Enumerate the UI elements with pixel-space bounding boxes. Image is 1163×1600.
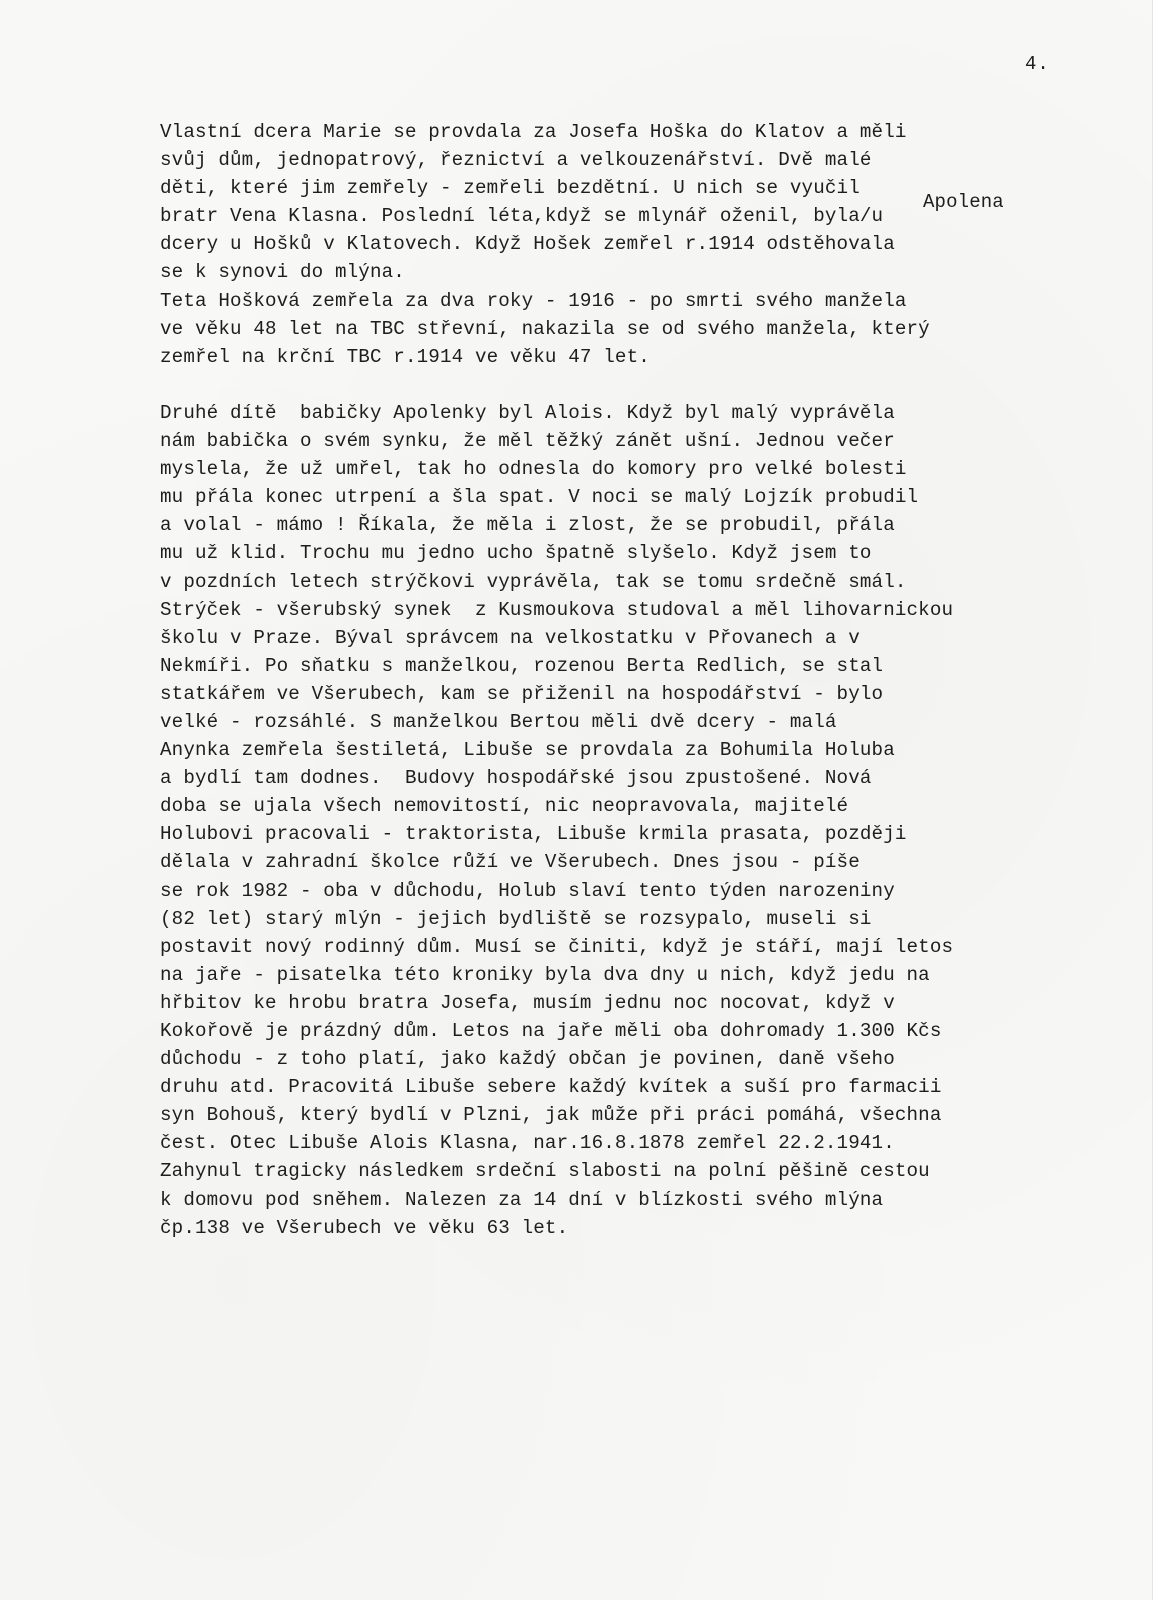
text-line: syn Bohouš, který bydlí v Plzni, jak můž… <box>160 1101 1160 1129</box>
text-line: nám babička o svém synku, že měl těžký z… <box>160 427 1160 455</box>
text-line: hřbitov ke hrobu bratra Josefa, musím je… <box>160 989 1160 1017</box>
text-line: druhu atd. Pracovitá Libuše sebere každý… <box>160 1073 1160 1101</box>
text-line: statkářem ve Všerubech, kam se přiženil … <box>160 680 1160 708</box>
text-line: důchodu - z toho platí, jako každý občan… <box>160 1045 1160 1073</box>
text-line: bratr Vena Klasna. Poslední léta,když se… <box>160 202 1160 230</box>
text-line: Kokořově je prázdný dům. Letos na jaře m… <box>160 1017 1160 1045</box>
document-page: 4. Vlastní dcera Marie se provdala za Jo… <box>0 0 1163 1600</box>
text-line: Vlastní dcera Marie se provdala za Josef… <box>160 118 1160 146</box>
text-line: a bydlí tam dodnes. Budovy hospodářské j… <box>160 764 1160 792</box>
text-line: postavit nový rodinný dům. Musí se činit… <box>160 933 1160 961</box>
text-line: mu přála konec utrpení a šla spat. V noc… <box>160 483 1160 511</box>
typewritten-text-body: Vlastní dcera Marie se provdala za Josef… <box>160 118 1160 1242</box>
text-line: k domovu pod sněhem. Nalezen za 14 dní v… <box>160 1186 1160 1214</box>
text-line: Teta Hošková zemřela za dva roky - 1916 … <box>160 287 1160 315</box>
text-line: se k synovi do mlýna. <box>160 258 1160 286</box>
page-number: 4. <box>1025 53 1050 75</box>
text-line: myslela, že už umřel, tak ho odnesla do … <box>160 455 1160 483</box>
text-line: dělala v zahradní školce růží ve Všerube… <box>160 848 1160 876</box>
text-line: Holubovi pracovali - traktoristа, Libuše… <box>160 820 1160 848</box>
text-line: děti, které jim zemřely - zemřeli bezdět… <box>160 174 1160 202</box>
text-line: svůj dům, jednopatrový, řeznictví a velk… <box>160 146 1160 174</box>
text-line: na jaře - pisatelka této kroniky byla dv… <box>160 961 1160 989</box>
text-line: zemřel na krční TBC r.1914 ve věku 47 le… <box>160 343 1160 371</box>
text-line: v pozdních letech strýčkovi vyprávěla, t… <box>160 568 1160 596</box>
text-line: se rok 1982 - oba v důchodu, Holub slaví… <box>160 877 1160 905</box>
text-line: Anynka zemřela šestiletá, Libuše se prov… <box>160 736 1160 764</box>
text-line: Nekmíři. Po sňatku s manželkou, rozenou … <box>160 652 1160 680</box>
text-line: doba se ujala všech nemovitostí, nic neo… <box>160 792 1160 820</box>
text-line: (82 let) starý mlýn - jejich bydliště se… <box>160 905 1160 933</box>
blank-line <box>160 371 1160 399</box>
text-line: mu už klid. Trochu mu jedno ucho špatně … <box>160 539 1160 567</box>
text-line: dcery u Hošků v Klatovech. Když Hošek ze… <box>160 230 1160 258</box>
text-line: a volal - mámo ! Říkala, že měla i zlost… <box>160 511 1160 539</box>
text-line: školu v Praze. Býval správcem na velkost… <box>160 624 1160 652</box>
text-line: velké - rozsáhlé. S manželkou Bertou měl… <box>160 708 1160 736</box>
text-line: Strýček - všerubský synek z Kusmoukova s… <box>160 596 1160 624</box>
text-line: ve věku 48 let na TBC střevní, nakazila … <box>160 315 1160 343</box>
text-line: čest. Otec Libuše Alois Klasna, nar.16.8… <box>160 1129 1160 1157</box>
text-line: Druhé dítě babičky Apolenky byl Alois. K… <box>160 399 1160 427</box>
text-line: Zahynul tragicky následkem srdeční slabo… <box>160 1157 1160 1185</box>
text-line: čp.138 ve Všerubech ve věku 63 let. <box>160 1214 1160 1242</box>
